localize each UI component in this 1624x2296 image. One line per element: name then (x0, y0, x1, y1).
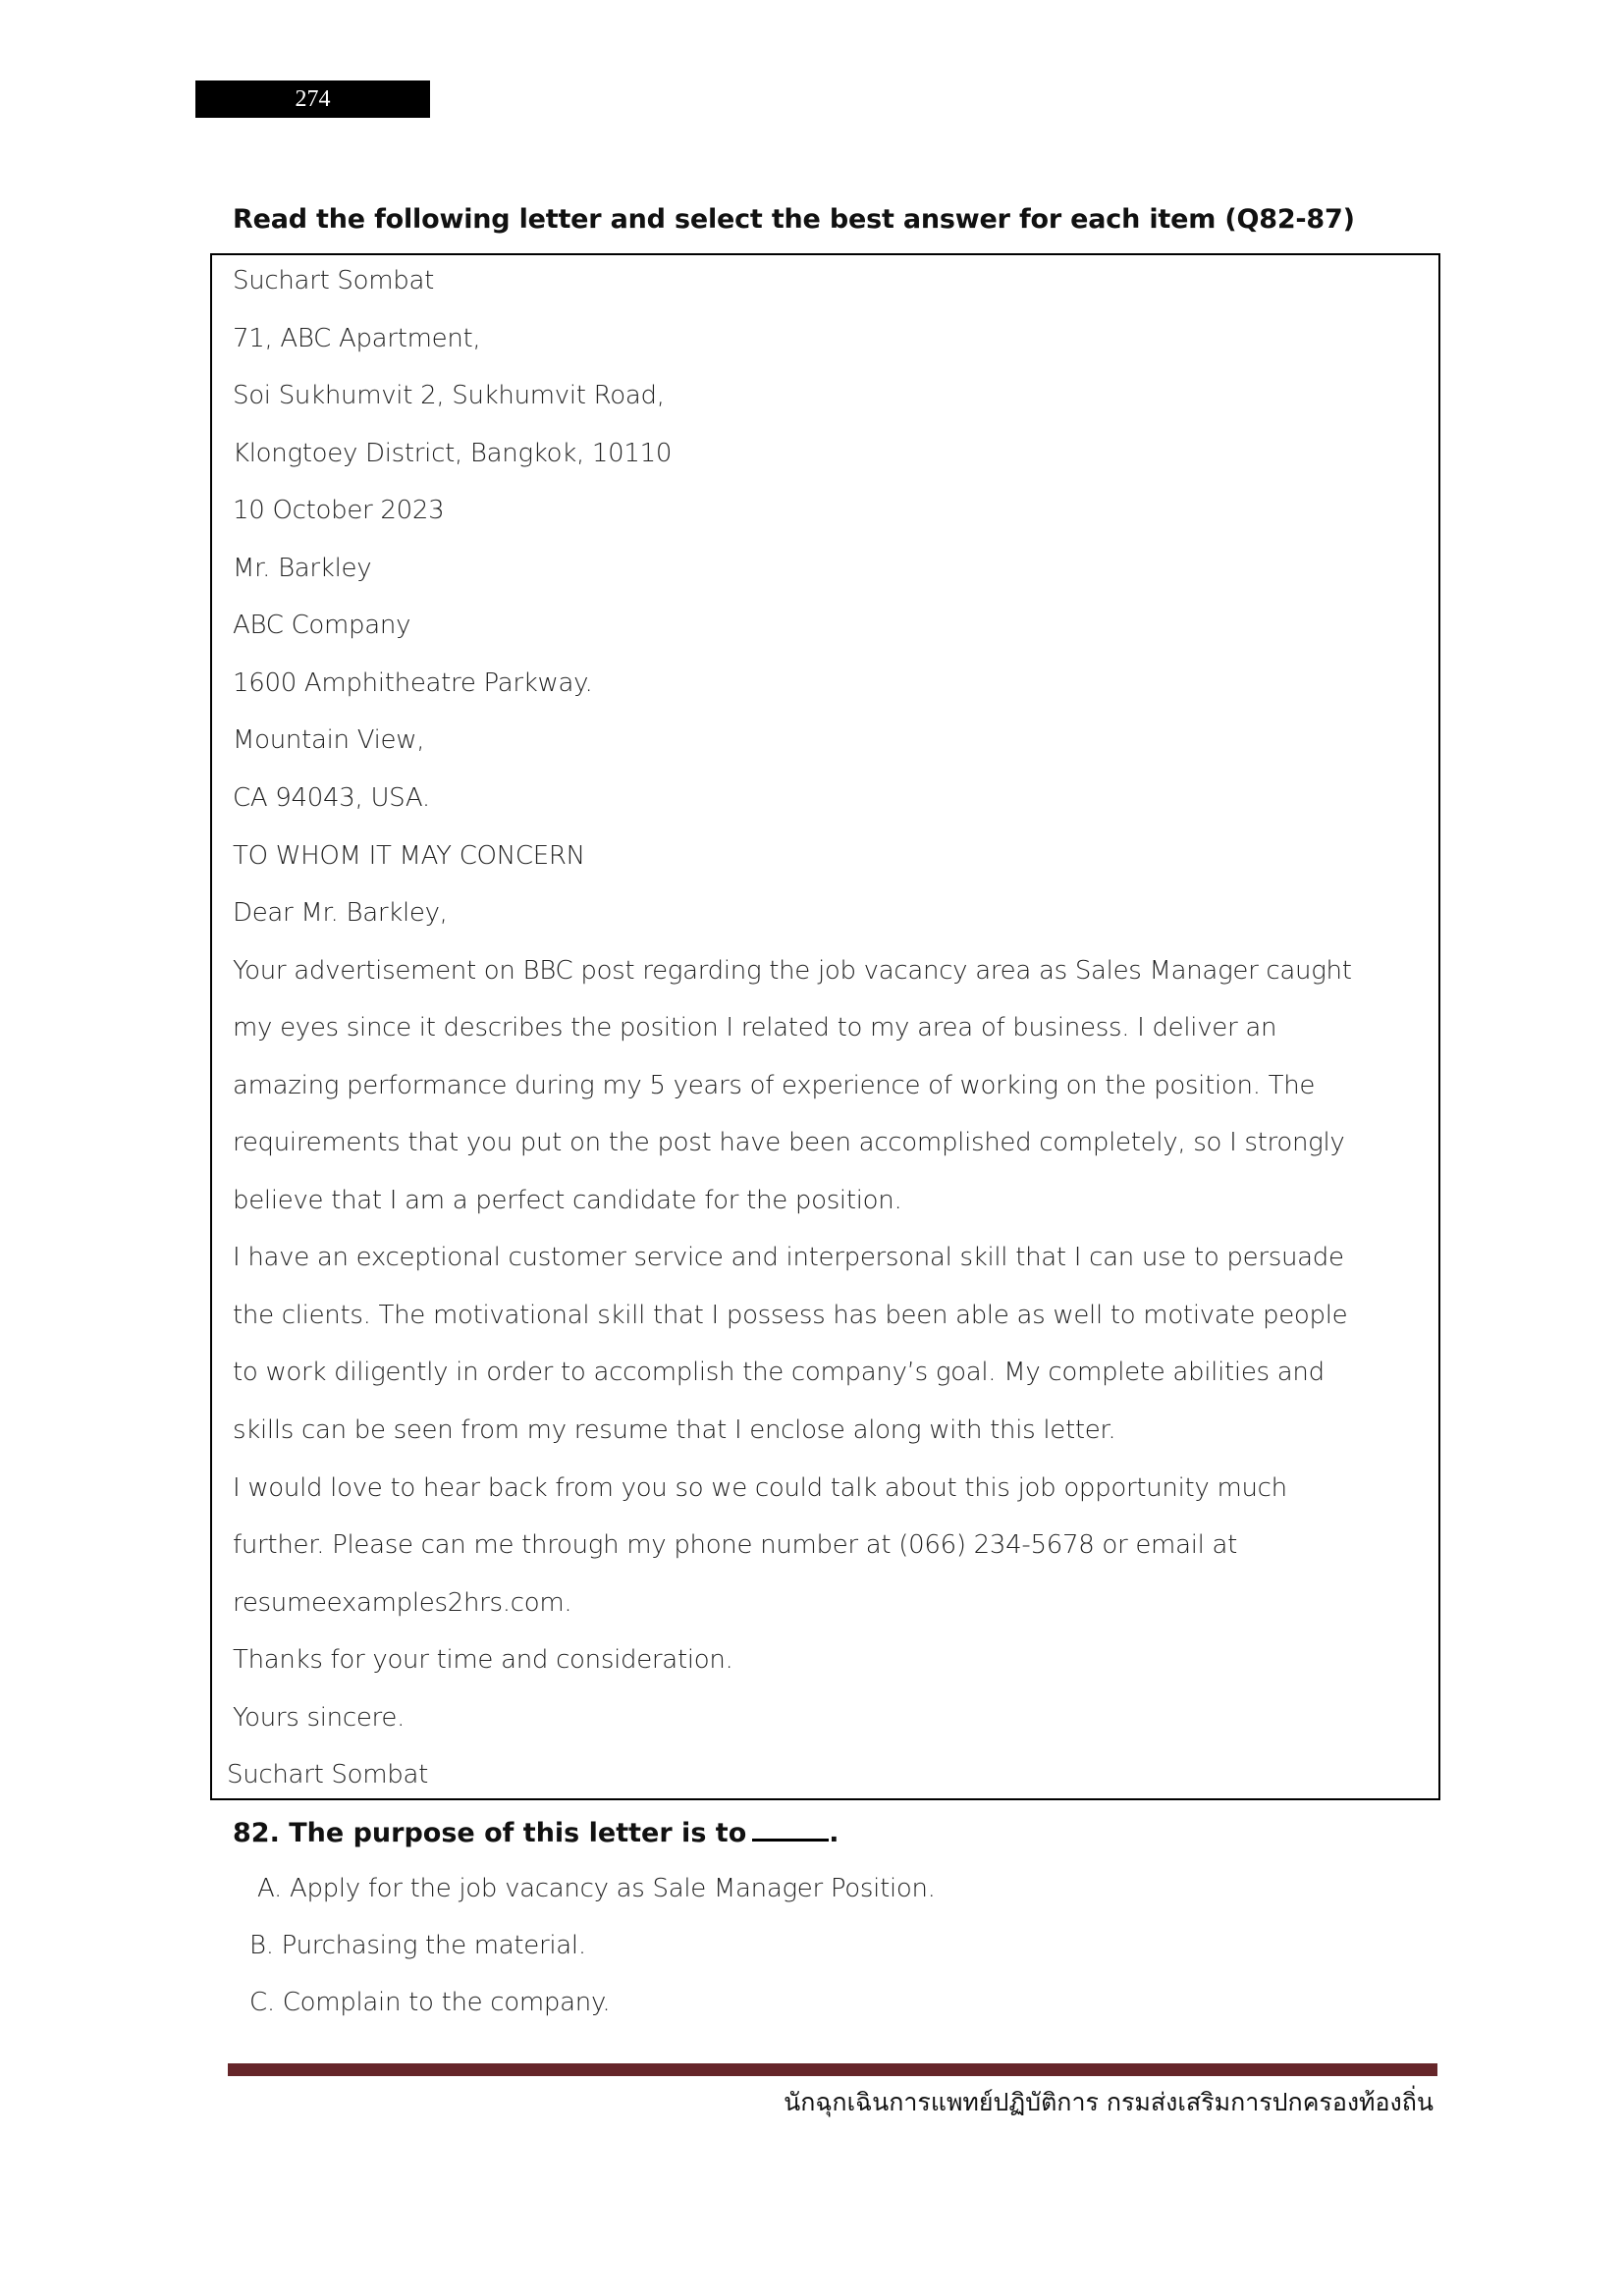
letter-line: believe that I am a perfect candidate fo… (233, 1186, 901, 1215)
letter-line: I would love to hear back from you so we… (233, 1473, 1287, 1503)
letter-line: Klongtoey District, Bangkok, 10110 (233, 439, 672, 468)
page-number: 274 (296, 86, 331, 112)
letter-line: my eyes since it describes the position … (233, 1013, 1276, 1042)
letter-line: further. Please can me through my phone … (233, 1530, 1237, 1560)
letter-line: resumeexamples2hrs.com. (233, 1588, 571, 1618)
letter-line: amazing performance during my 5 years of… (233, 1071, 1315, 1100)
letter-line: I have an exceptional customer service a… (233, 1243, 1344, 1272)
letter-line: skills can be seen from my resume that I… (233, 1415, 1115, 1445)
letter-line: 71, ABC Apartment, (233, 324, 480, 353)
letter-line: requirements that you put on the post ha… (233, 1128, 1344, 1157)
letter-line: Soi Sukhumvit 2, Sukhumvit Road, (233, 381, 665, 410)
question-82: 82. The purpose of this letter is to. (233, 1815, 839, 1848)
question-stem-end: . (829, 1818, 839, 1848)
letter-line: Mountain View, (233, 725, 424, 755)
footer-divider (228, 2063, 1437, 2076)
letter-line: Thanks for your time and consideration. (233, 1645, 733, 1675)
letter-line: the clients. The motivational skill that… (233, 1301, 1347, 1330)
letter-line: ABC Company (233, 611, 410, 640)
option-c[interactable]: C. Complain to the company. (249, 1988, 610, 2017)
option-a[interactable]: A. Apply for the job vacancy as Sale Man… (257, 1874, 936, 1903)
letter-line: Your advertisement on BBC post regarding… (233, 956, 1352, 986)
letter-line: to work diligently in order to accomplis… (233, 1358, 1325, 1387)
letter-line: CA 94043, USA. (233, 783, 430, 813)
question-stem: 82. The purpose of this letter is to (233, 1818, 746, 1848)
instruction-heading: Read the following letter and select the… (233, 204, 1355, 235)
letter-line: Dear Mr. Barkley, (233, 898, 448, 928)
letter-line: Yours sincere. (233, 1703, 405, 1733)
letter-line: TO WHOM IT MAY CONCERN (233, 841, 585, 871)
letter-line: Suchart Sombat (233, 266, 434, 295)
page-number-badge: 274 (195, 80, 430, 118)
letter-line: Suchart Sombat (227, 1760, 428, 1789)
option-b[interactable]: B. Purchasing the material. (249, 1931, 586, 1960)
letter-line: Mr. Barkley (233, 554, 371, 583)
footer-text: นักฉุกเฉินการแพทย์ปฏิบัติการ กรมส่งเสริม… (784, 2083, 1434, 2122)
answer-blank (752, 1815, 829, 1842)
letter-line: 1600 Amphitheatre Parkway. (233, 668, 592, 698)
letter-line: 10 October 2023 (233, 496, 444, 525)
